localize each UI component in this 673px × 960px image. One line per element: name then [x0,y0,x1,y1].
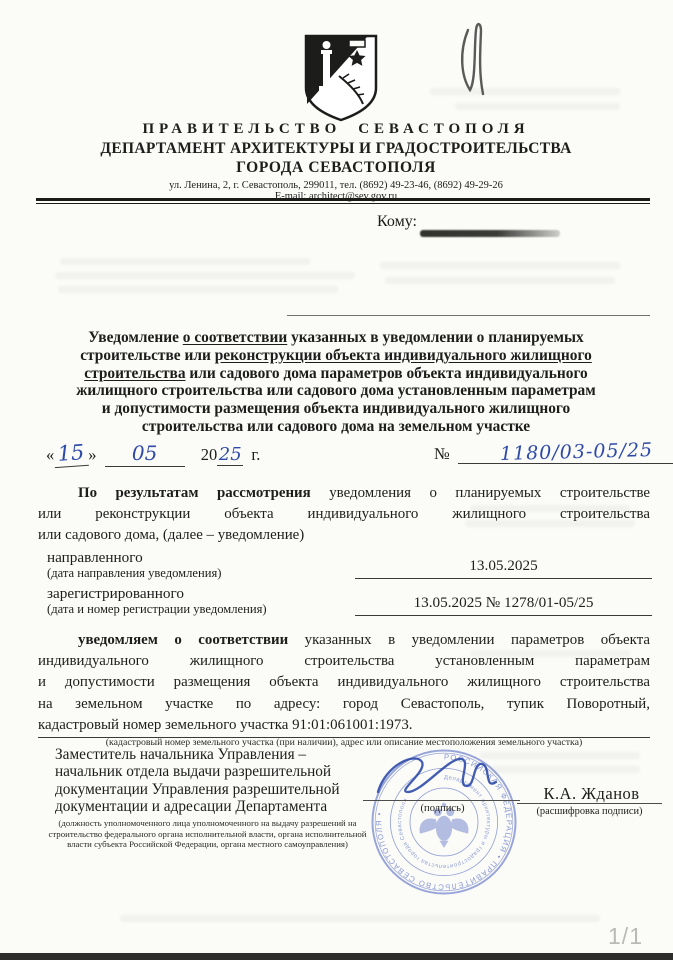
document-page: ПРАВИТЕЛЬСТВО СЕВАСТОПОЛЯ ДЕПАРТАМЕНТ АР… [0,0,673,960]
org-name-government: ПРАВИТЕЛЬСТВО СЕВАСТОПОЛЯ [36,121,636,138]
recipient-label: Кому: [377,213,417,231]
bleed-through-artifact [120,915,600,922]
header-divider [36,198,650,204]
document-title: Уведомление о соответствии указанных в у… [36,329,636,436]
handwritten-signature [372,748,504,804]
letterhead: ПРАВИТЕЛЬСТВО СЕВАСТОПОЛЯ ДЕПАРТАМЕНТ АР… [36,121,636,202]
signer-position: Заместитель начальника Управления – нача… [55,746,385,815]
paragraph-review-result: По результатам рассмотрения уведомления … [38,483,650,547]
signer-name: К.А. Жданов [524,784,659,804]
date-close-quote: » [88,445,96,464]
signature-line [363,800,520,801]
pen-mark [448,14,506,106]
registered-caption: (дата и номер регистрации уведомления) [47,602,267,617]
handwritten-year: 25 [219,444,242,465]
sent-date-value: 13.05.2025 [355,557,652,579]
registration-value: 13.05.2025 № 1278/01-05/25 [355,594,652,616]
org-name-city: ГОРОДА СЕВАСТОПОЛЯ [36,159,636,177]
cadastral-number-line: кадастровый номер земельного участка 91:… [38,715,650,738]
signer-name-line [517,803,662,804]
signer-name-caption: (расшифровка подписи) [512,806,667,817]
bleed-through-artifact [380,262,620,269]
year-suffix: г. [251,445,260,464]
sent-caption: (дата направления уведомления) [47,566,222,581]
sent-label: направленного [47,549,143,567]
redacted-recipient-name [420,230,560,237]
recipient-address-line [287,315,650,316]
registered-label: зарегистрированного [47,585,184,603]
page-indicator: 1/1 [608,923,643,950]
handwritten-document-number: 1180/03-05/25 [500,439,654,465]
signer-position-caption: (должность уполномоченного лица уполномо… [40,818,375,850]
bleed-through-artifact [55,272,355,279]
bleed-through-artifact [385,277,615,284]
handwritten-month: 05 [132,441,157,465]
year-prefix: 20 [201,445,218,464]
bottom-scan-edge [0,953,673,960]
bleed-through-artifact [60,258,310,265]
org-address: ул. Ленина, 2, г. Севастополь, 299011, т… [36,180,636,191]
number-label: № [434,444,450,464]
signature-caption: (подпись) [395,803,490,814]
org-name-department: ДЕПАРТАМЕНТ АРХИТЕКТУРЫ И ГРАДОСТРОИТЕЛЬ… [36,140,636,158]
sevastopol-coat-of-arms-icon [301,32,381,124]
paragraph-decision: уведомляем о соответствии указанных в ув… [38,630,650,738]
bleed-through-artifact [58,286,338,293]
date-number-row: «15» 05 2025 г. № 1180/03-05/25 [46,441,650,471]
handwritten-day: 15 [57,440,85,466]
document-number-block: № 1180/03-05/25 [434,441,673,464]
